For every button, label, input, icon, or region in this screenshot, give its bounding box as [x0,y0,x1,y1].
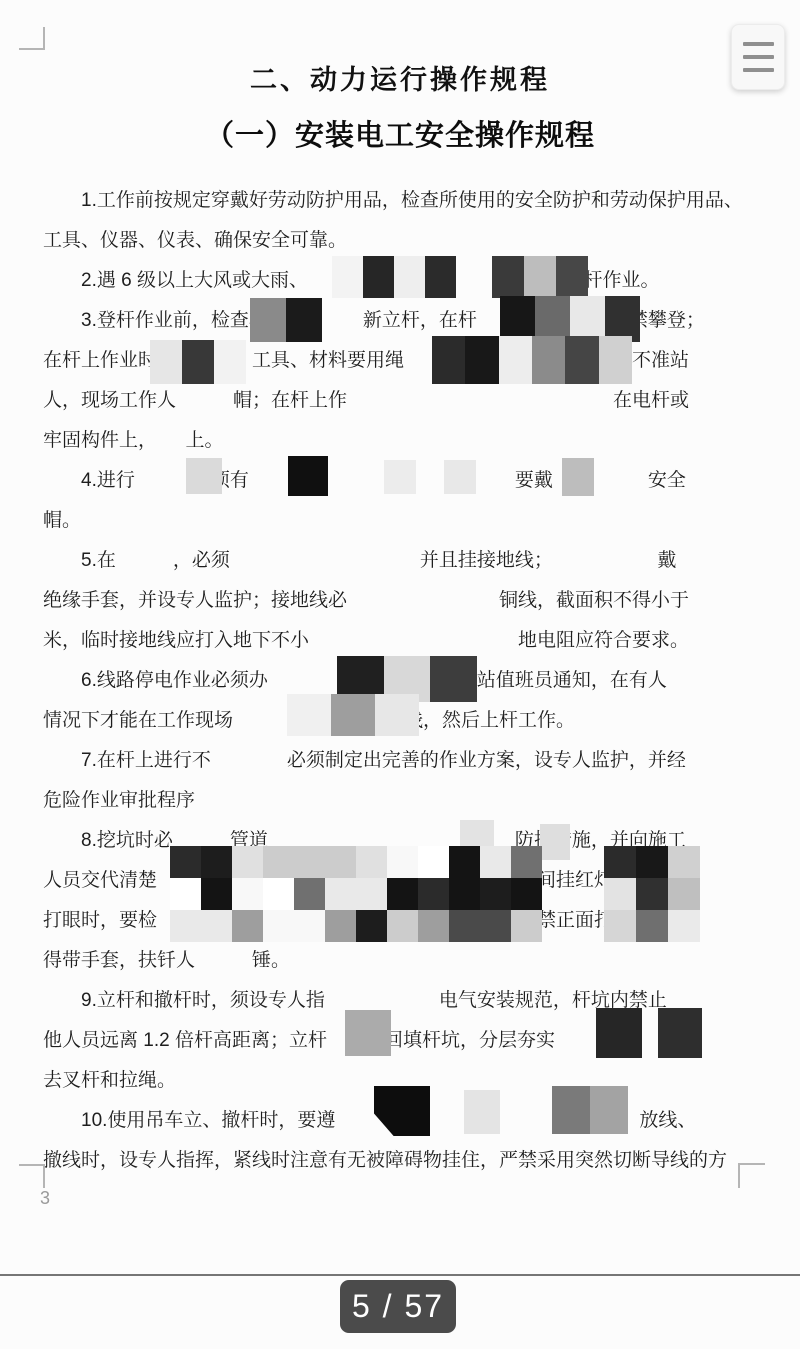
redaction-mosaic [432,336,632,384]
redaction-mosaic [562,458,594,496]
redaction-mosaic [444,460,476,494]
document-title: 二、动力运行操作规程 [0,58,800,97]
redaction-mosaic [464,1090,500,1134]
page-indicator: 5 / 57 [340,1280,456,1333]
page-corner-mark-bottom-right [738,1163,765,1188]
document-line: 得带手套，扶钎人 锤。 [43,941,788,981]
document-line: 人，现场工作人 帽；在杆上作 在电杆或 [43,381,788,421]
document-line: 7.在杆上进行不 必须制定出完善的作业方案，设专人监护，并经 [43,741,788,781]
document-line: 危险作业审批程序 [43,781,788,821]
page-footer-number: 3 [40,1188,50,1209]
page-divider [0,1274,800,1276]
document-line: 牢固构件上， 上。 [43,421,788,461]
document-viewer: 二、动力运行操作规程 （一）安装电工安全操作规程 1.工作前按规定穿戴好劳动防护… [0,0,800,1349]
redaction-mosaic [288,456,328,496]
redaction-mosaic [170,846,542,942]
redaction-mosaic [540,824,570,860]
document-line: 工具、仪器、仪表、确保安全可靠。 [43,221,788,261]
redaction-mosaic [186,458,222,494]
document-line: 帽。 [43,501,788,541]
page-corner-mark-bottom-left [19,1164,45,1188]
redaction-mosaic [150,340,246,384]
redaction-mosaic [492,256,588,298]
redaction-mosaic [596,1008,642,1058]
redaction-mosaic [345,1010,391,1056]
document-line: 3.登杆作业前，检查杆 新立杆，在杆 固前严禁攀登； [43,301,788,341]
redaction-mosaic [552,1086,628,1134]
redaction-mosaic [287,694,419,736]
page-corner-mark-top-left [19,27,45,50]
hamburger-menu-icon [743,42,774,46]
document-line: 绝缘手套，并设专人监护；接地线必 铜线，截面积不得小于 [43,581,788,621]
document-line: 1.工作前按规定穿戴好劳动防护用品，检查所使用的安全防护和劳动保护用品、 [43,181,788,221]
redaction-mosaic [604,846,700,942]
redaction-mosaic [250,298,322,342]
document-line: 5.在 ，必须 并且挂接地线； 戴 [43,541,788,581]
redaction-mosaic [384,460,416,494]
redaction-mosaic [658,1008,702,1058]
document-subtitle: （一）安装电工安全操作规程 [0,113,800,154]
document-line: 米，临时接地线应打入地下不小 地电阻应符合要求。 [43,621,788,661]
document-line: 撤线时，设专人指挥，紧线时注意有无被障碍物挂住，严禁采用突然切断导线的方 [43,1141,788,1181]
redaction-mosaic [332,256,456,298]
